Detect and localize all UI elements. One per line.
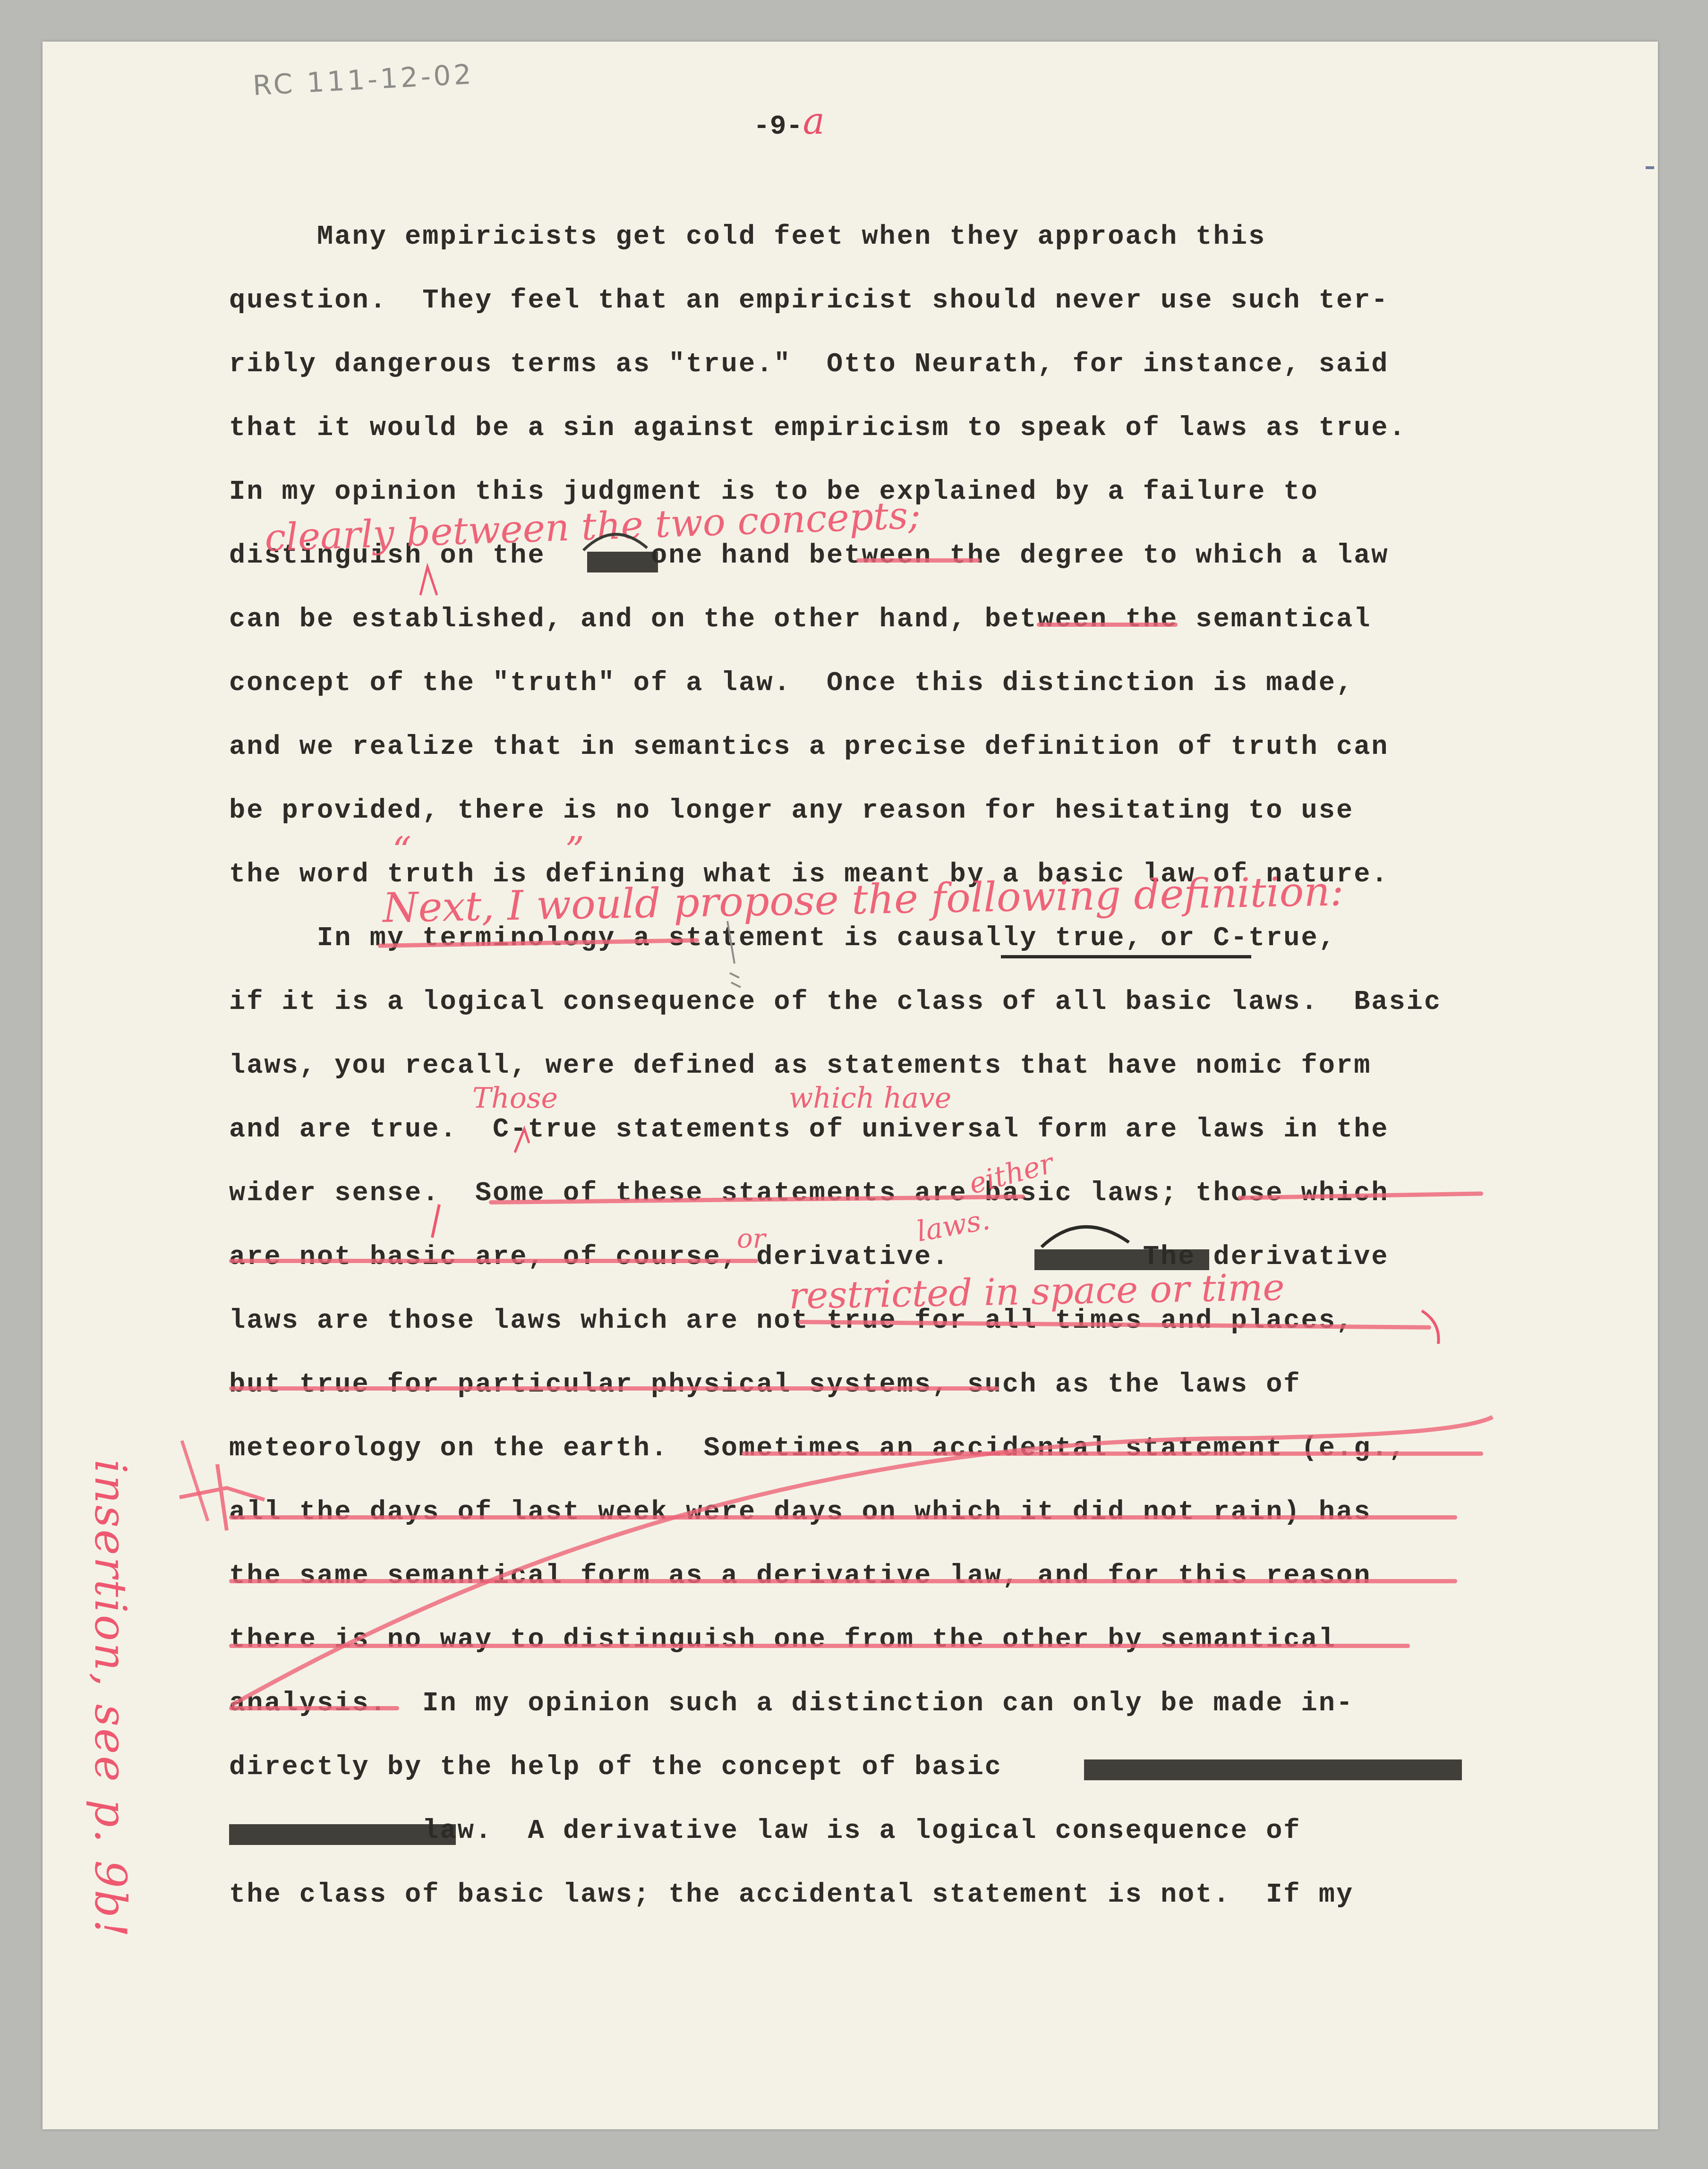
annotation-marks bbox=[0, 0, 1708, 2169]
